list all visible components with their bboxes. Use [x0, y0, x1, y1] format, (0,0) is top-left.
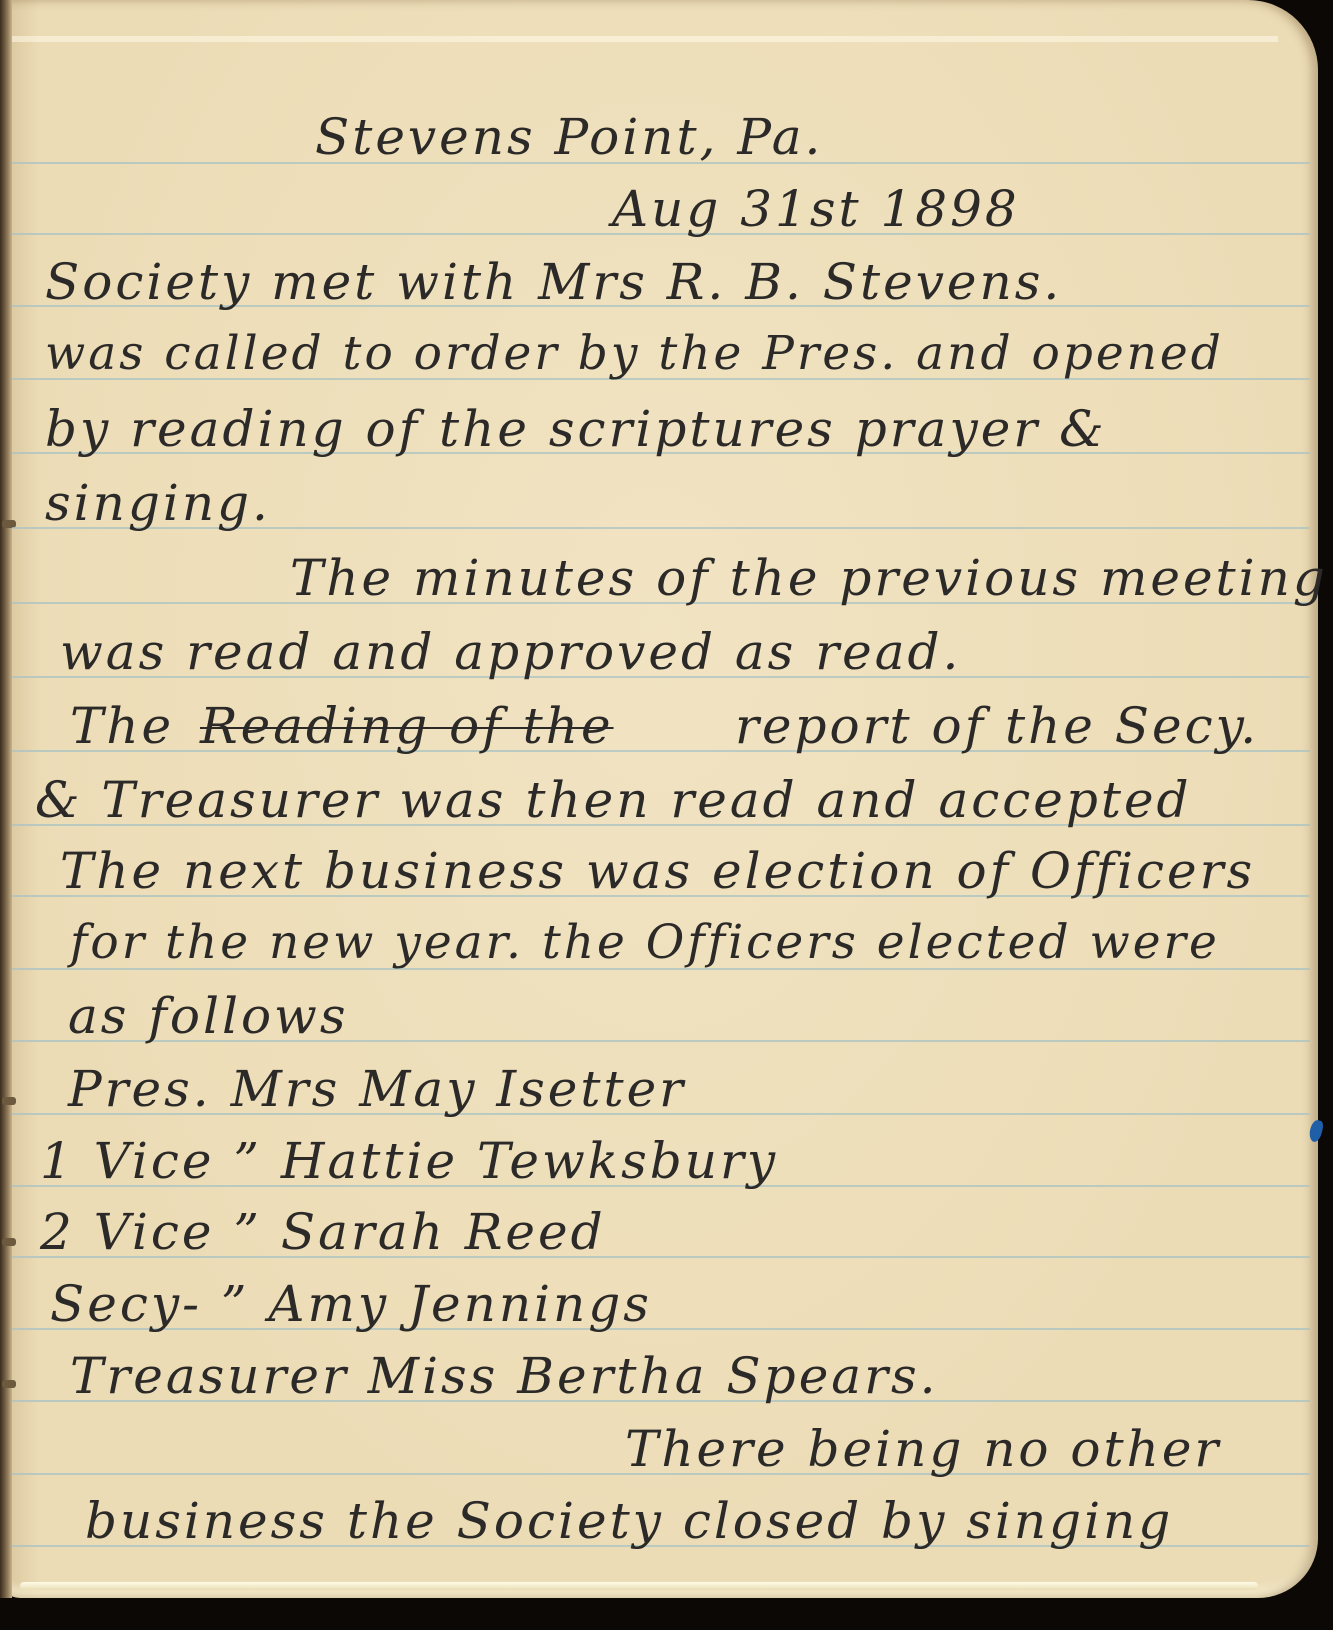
officer-second-vice: 2 Vice ” Sarah Reed	[40, 1207, 606, 1257]
text-line-2: was called to order by the Pres. and ope…	[45, 330, 1224, 377]
text-line-closing-1: There being no other	[625, 1424, 1221, 1474]
notebook-spine	[0, 0, 12, 1598]
text-line-9: The next business was election of Office…	[60, 846, 1255, 896]
officer-first-vice: 1 Vice ” Hattie Tewksbury	[40, 1136, 778, 1186]
officer-president: Pres. Mrs May Isetter	[68, 1064, 686, 1114]
text-line-7-start: The	[70, 701, 174, 751]
text-line-closing-2: business the Society closed by singing	[85, 1496, 1173, 1546]
struck-through-text: Reading of the	[200, 701, 614, 751]
page-top-band	[12, 36, 1278, 42]
binding-stitch	[2, 1097, 16, 1105]
text-line-8: & Treasurer was then read and accepted	[35, 775, 1192, 825]
text-line-3: by reading of the scriptures prayer &	[45, 404, 1107, 454]
ink-blot	[1307, 1119, 1324, 1143]
officer-secretary: Secy- ” Amy Jennings	[50, 1279, 652, 1329]
heading-place: Stevens Point, Pa.	[315, 112, 823, 162]
page-bottom-edge	[20, 1582, 1258, 1590]
text-line-10: for the new year. the Officers elected w…	[70, 919, 1220, 966]
text-line-5: The minutes of the previous meeting	[290, 553, 1328, 603]
text-line-1: Society met with Mrs R. B. Stevens.	[45, 257, 1062, 307]
heading-date: Aug 31st 1898	[612, 184, 1020, 234]
text-line-7-end: report of the Secy.	[735, 701, 1259, 751]
notebook-page: Stevens Point, Pa. Aug 31st 1898 Society…	[0, 0, 1318, 1598]
officer-treasurer: Treasurer Miss Bertha Spears.	[70, 1351, 939, 1401]
text-line-11: as follows	[68, 991, 349, 1041]
text-line-6: was read and approved as read.	[60, 627, 961, 677]
binding-stitch	[2, 1380, 16, 1388]
binding-stitch	[2, 1238, 16, 1246]
text-line-4: singing.	[45, 478, 271, 528]
